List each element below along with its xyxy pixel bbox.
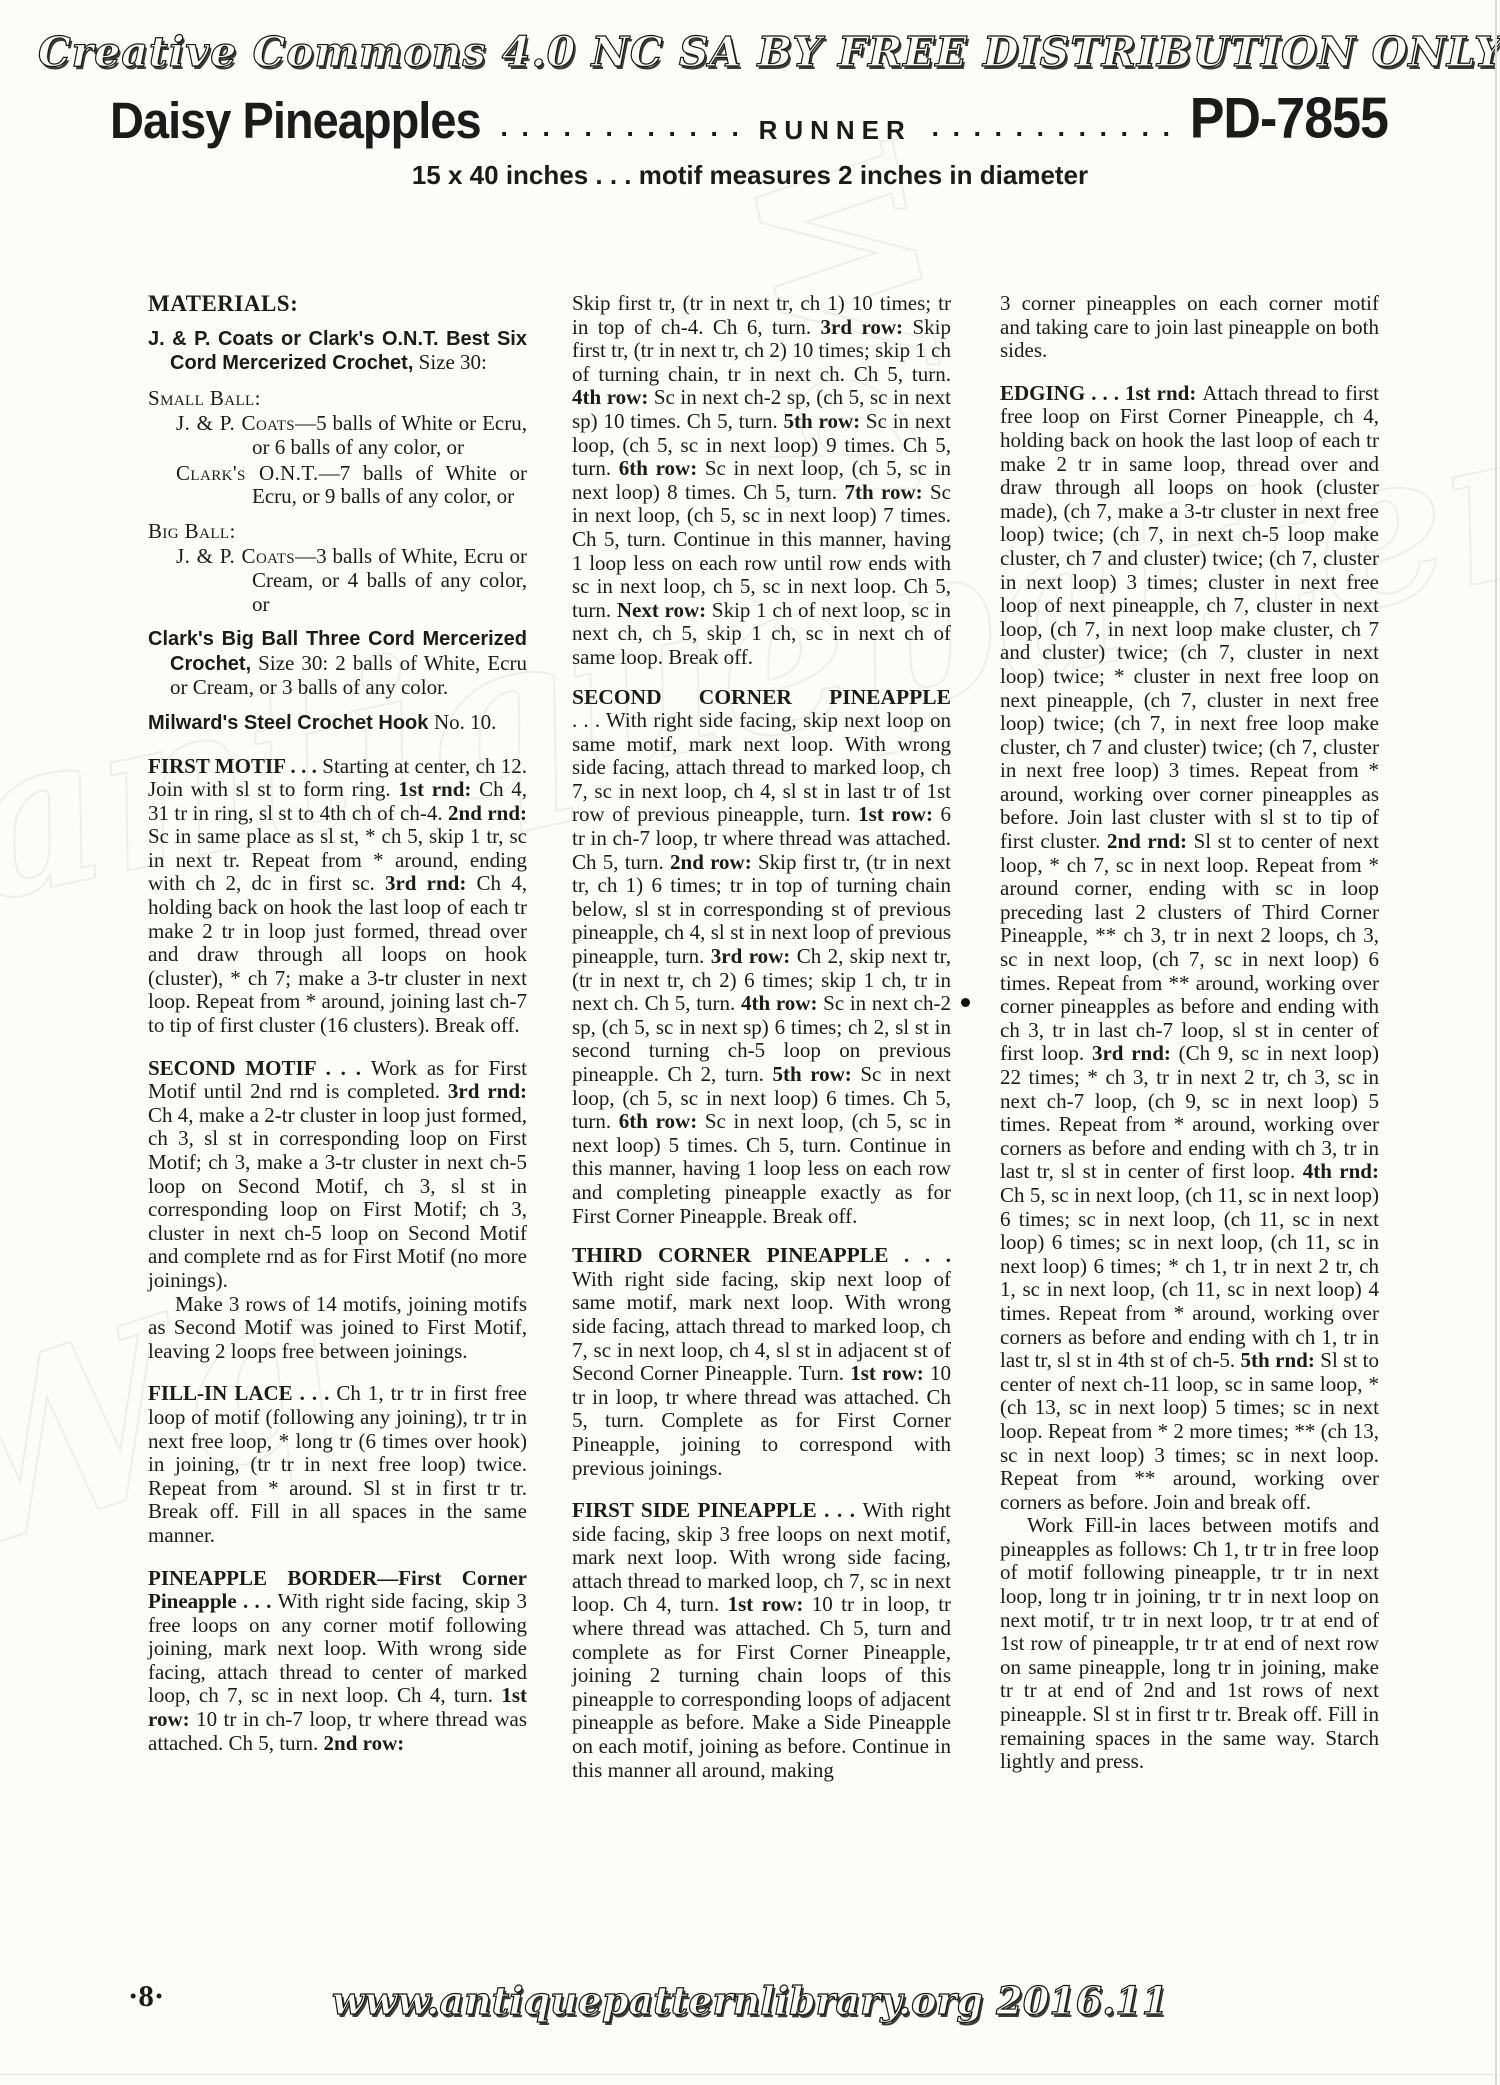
page-number: ·8· bbox=[128, 1978, 164, 2014]
text-run: Sl st to center of next ch-11 loop, sc i… bbox=[1000, 1348, 1379, 1514]
second-corner-heading: SECOND CORNER PINEAPPLE bbox=[572, 686, 951, 710]
text-run: FIRST MOTIF . . . bbox=[148, 754, 322, 778]
text-run: 1st row: bbox=[850, 1361, 930, 1385]
text-run: 1st row: bbox=[858, 802, 940, 826]
first-motif: FIRST MOTIF . . . Starting at center, ch… bbox=[148, 755, 527, 1038]
footer-site: www.antiquepatternlibrary.org 2016.11 bbox=[332, 1978, 1168, 2023]
column-middle: Skip first tr, (tr in next tr, ch 1) 10 … bbox=[572, 292, 951, 1782]
motif-count: Make 3 rows of 14 motifs, joining motifs… bbox=[148, 1293, 527, 1364]
text-run: MATERIALS: bbox=[148, 291, 298, 316]
text-run: 6th row: bbox=[619, 456, 705, 480]
text-run: 2nd rnd: bbox=[1107, 829, 1194, 853]
text-run: Ch 4, make a 2-tr cluster in loop just f… bbox=[148, 1103, 527, 1292]
scan-edge bbox=[0, 2074, 1500, 2075]
text-run: THIRD CORNER PINEAPPLE . . . bbox=[572, 1243, 951, 1267]
text-run: 2nd row: bbox=[670, 850, 758, 874]
corner-count: 3 corner pineapples on each corner motif… bbox=[1000, 292, 1379, 363]
dot-leader: . . . . . . . . . . . . bbox=[500, 112, 739, 143]
text-run: 3rd rnd: bbox=[1092, 1041, 1179, 1065]
text-run: Attach thread to first free loop on Firs… bbox=[1000, 381, 1379, 853]
text-run: FIRST SIDE PINEAPPLE . . . bbox=[572, 1498, 863, 1522]
text-run: 3 corner pineapples on each corner motif… bbox=[1000, 291, 1379, 362]
text-run: 7th row: bbox=[845, 480, 930, 504]
pineapple-border: PINEAPPLE BORDER—First Corner Pineapple … bbox=[148, 1567, 527, 1756]
second-corner: . . . With right side facing, skip next … bbox=[572, 709, 951, 1228]
ink-speck bbox=[961, 998, 970, 1007]
small-ball-coats: J. & P. Coats—5 balls of White or Ecru, … bbox=[148, 412, 527, 459]
column-right: 3 corner pineapples on each corner motif… bbox=[1000, 292, 1379, 1774]
big-ball-heading: Big Ball: bbox=[148, 520, 527, 544]
text-run: Sl st to center of next loop, * ch 7, sc… bbox=[1000, 829, 1379, 1065]
scan-edge bbox=[1495, 0, 1497, 2085]
license-banner: Creative Commons 4.0 NC SA BY FREE DISTR… bbox=[38, 28, 1500, 76]
big-ball-clarks: Clark's Big Ball Three Cord Mercerized C… bbox=[148, 627, 527, 700]
third-corner-heading: THIRD CORNER PINEAPPLE . . . bbox=[572, 1244, 951, 1268]
text-run: 1st rnd: bbox=[398, 777, 479, 801]
text-run: 5th rnd: bbox=[1241, 1348, 1321, 1372]
text-run: 4th row: bbox=[741, 991, 823, 1015]
text-run: Next row: bbox=[617, 598, 712, 622]
text-run: Ch 4, holding back on hook the last loop… bbox=[148, 871, 527, 1037]
text-run: 3rd rnd: bbox=[385, 871, 477, 895]
materials-heading: MATERIALS: bbox=[148, 292, 527, 316]
fill-in-lace: FILL-IN LACE . . . Ch 1, tr tr in first … bbox=[148, 1382, 527, 1547]
text-run: 4th row: bbox=[572, 385, 654, 409]
text-run: 5th row: bbox=[772, 1062, 860, 1086]
text-run: 2nd rnd: bbox=[448, 801, 527, 825]
first-side-pineapple: FIRST SIDE PINEAPPLE . . . With right si… bbox=[572, 1499, 951, 1782]
text-run: Milward's Steel Crochet Hook bbox=[148, 712, 434, 734]
title-row: Daisy Pineapples . . . . . . . . . . . .… bbox=[110, 92, 1388, 152]
pattern-title: Daisy Pineapples bbox=[110, 91, 481, 150]
text-run: FILL-IN LACE . . . bbox=[148, 1381, 336, 1405]
column-left: MATERIALS:J. & P. Coats or Clark's O.N.T… bbox=[148, 292, 527, 1755]
text-run: J. & P. Coats bbox=[176, 411, 295, 435]
text-run: Ch 1, tr tr in first free loop of motif … bbox=[148, 1381, 527, 1547]
small-ball-heading: Small Ball: bbox=[148, 387, 527, 411]
text-run: 1st row: bbox=[728, 1592, 812, 1616]
text-run: Work Fill-in laces between motifs and pi… bbox=[1000, 1513, 1379, 1773]
pattern-code: PD-7855 bbox=[1190, 86, 1388, 152]
text-run: EDGING . . . 1st rnd: bbox=[1000, 381, 1202, 405]
text-run: 10 tr in loop, tr where thread was attac… bbox=[572, 1592, 951, 1781]
second-motif: SECOND MOTIF . . . Work as for First Mot… bbox=[148, 1057, 527, 1293]
pattern-page: antiquepatternlibrary Wq Wq Creative Com… bbox=[0, 0, 1500, 2085]
text-run: 2nd row: bbox=[324, 1731, 405, 1755]
text-run: 4th rnd: bbox=[1303, 1159, 1379, 1183]
text-run: J. & P. Coats bbox=[176, 544, 295, 568]
hook: Milward's Steel Crochet Hook No. 10. bbox=[148, 711, 527, 736]
text-run: No. 10. bbox=[434, 710, 496, 734]
text-run: Ch 5, sc in next loop, (ch 11, sc in nex… bbox=[1000, 1183, 1379, 1372]
dot-leader: . . . . . . . . . . . . bbox=[931, 112, 1170, 143]
big-ball-coats: J. & P. Coats—3 balls of White, Ecru or … bbox=[148, 545, 527, 616]
first-corner-continued: Skip first tr, (tr in next tr, ch 1) 10 … bbox=[572, 292, 951, 670]
text-run: 5th row: bbox=[784, 409, 866, 433]
fill-in-finishing: Work Fill-in laces between motifs and pi… bbox=[1000, 1514, 1379, 1774]
third-corner: With right side facing, skip next loop o… bbox=[572, 1268, 951, 1480]
text-run: 3rd row: bbox=[821, 315, 913, 339]
text-run: Make 3 rows of 14 motifs, joining motifs… bbox=[148, 1292, 527, 1363]
text-run: SECOND CORNER PINEAPPLE bbox=[572, 685, 951, 709]
pattern-type: RUNNER bbox=[759, 115, 912, 146]
small-ball-clarks: Clark's O.N.T.—7 balls of White or Ecru,… bbox=[148, 462, 527, 509]
text-run: 6th row: bbox=[619, 1109, 705, 1133]
materials-thread: J. & P. Coats or Clark's O.N.T. Best Six… bbox=[148, 327, 527, 376]
text-run: Clark's O.N.T. bbox=[176, 461, 319, 485]
text-run: 3rd row: bbox=[711, 944, 797, 968]
edging: EDGING . . . 1st rnd: Attach thread to f… bbox=[1000, 382, 1379, 1515]
text-run: Big Ball: bbox=[148, 519, 236, 543]
text-run: SECOND MOTIF . . . bbox=[148, 1056, 371, 1080]
text-run: 3rd rnd: bbox=[448, 1079, 527, 1103]
size-subtitle: 15 x 40 inches . . . motif measures 2 in… bbox=[0, 160, 1500, 191]
text-run: Size 30: bbox=[413, 350, 487, 374]
text-run: Small Ball: bbox=[148, 386, 261, 410]
